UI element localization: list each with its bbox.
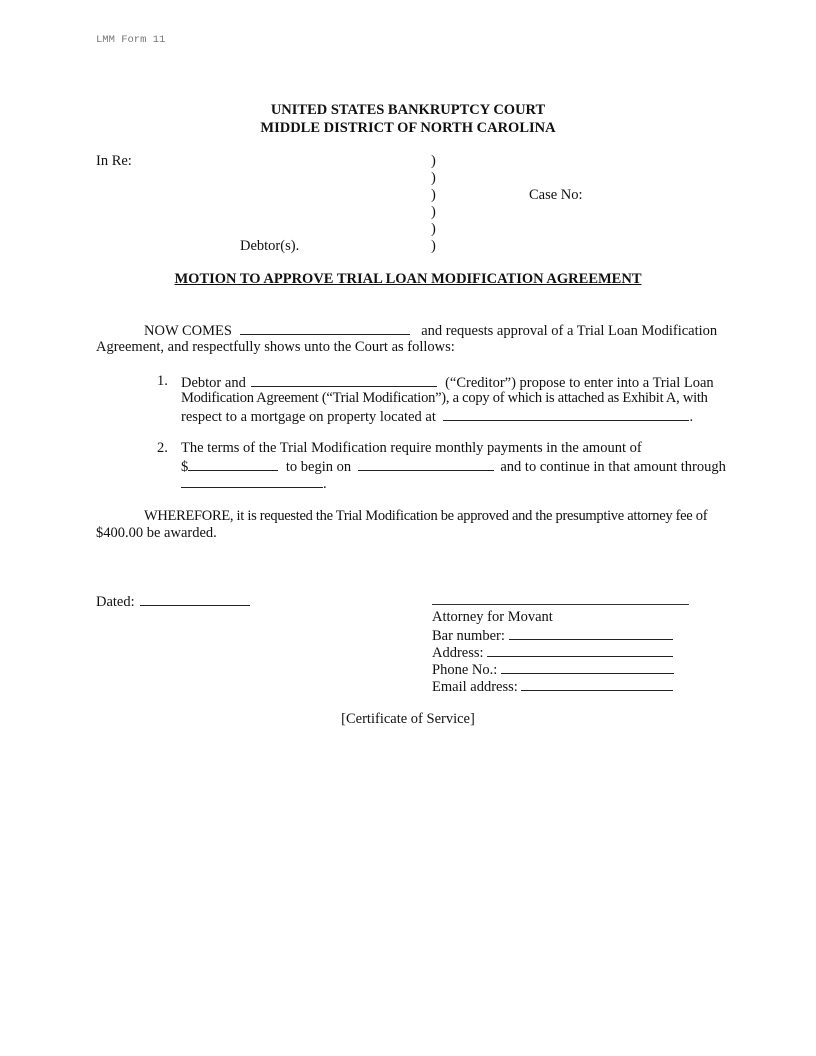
caption-paren: ) [431,187,436,204]
intro-prefix: NOW COMES [144,323,232,339]
caption-paren: ) [431,238,436,255]
item2-period: . [323,476,327,492]
intro-line-1: NOW COMES and requests approval of a Tri… [144,321,717,340]
intro-suffix: and requests approval of a Trial Loan Mo… [421,323,717,339]
creditor-name-blank[interactable] [251,373,437,387]
item2-line-1: The terms of the Trial Modification requ… [181,440,642,457]
bar-number-blank[interactable] [509,626,673,640]
court-name: UNITED STATES BANKRUPTCY COURT [0,102,816,119]
wherefore-line-1: WHEREFORE, it is requested the Trial Mod… [144,508,707,525]
dated-label: Dated: [96,594,135,610]
caption-paren: ) [431,221,436,238]
item1-l3-prefix: respect to a mortgage on property locate… [181,409,436,425]
email-label: Email address: [432,679,518,695]
item-number: 2. [157,440,168,457]
item1-prefix: Debtor and [181,375,246,391]
item2-line-3: . [181,474,327,493]
item-number: 1. [157,373,168,390]
caption-paren: ) [431,204,436,221]
item1-line-3: respect to a mortgage on property locate… [181,407,693,426]
item1-period: . [689,409,693,425]
dollar-sign: $ [181,459,188,475]
dated-line: Dated: [96,592,250,611]
in-re-label: In Re: [96,153,132,170]
email-line: Email address: [432,677,673,696]
caption-paren: ) [431,153,436,170]
item1-line-2: Modification Agreement (“Trial Modificat… [181,390,708,407]
email-blank[interactable] [521,677,673,691]
motion-title: MOTION TO APPROVE TRIAL LOAN MODIFICATIO… [0,271,816,288]
attorney-signature-line[interactable] [432,604,689,605]
address-label: Address: [432,645,484,661]
property-address-blank[interactable] [443,407,689,421]
movant-name-blank[interactable] [240,321,410,335]
continue-label: and to continue in that amount through [500,459,726,475]
payment-amount-blank[interactable] [188,457,278,471]
begin-on-label: to begin on [286,459,351,475]
form-id: LMM Form 11 [96,34,165,46]
certificate-of-service: [Certificate of Service] [0,711,816,728]
wherefore-line-2: $400.00 be awarded. [96,525,217,542]
caption-paren: ) [431,170,436,187]
phone-blank[interactable] [501,660,674,674]
intro-line-2: Agreement, and respectfully shows unto t… [96,339,455,356]
end-date-blank[interactable] [181,474,323,488]
item1-suffix: (“Creditor”) propose to enter into a Tri… [445,375,714,391]
phone-label: Phone No.: [432,662,497,678]
court-district: MIDDLE DISTRICT OF NORTH CAROLINA [0,120,816,137]
attorney-label: Attorney for Movant [432,609,553,626]
start-date-blank[interactable] [358,457,494,471]
case-no-label: Case No: [529,187,583,204]
address-blank[interactable] [487,643,673,657]
date-blank[interactable] [140,592,250,606]
bar-number-label: Bar number: [432,628,505,644]
debtor-label: Debtor(s). [240,238,299,255]
